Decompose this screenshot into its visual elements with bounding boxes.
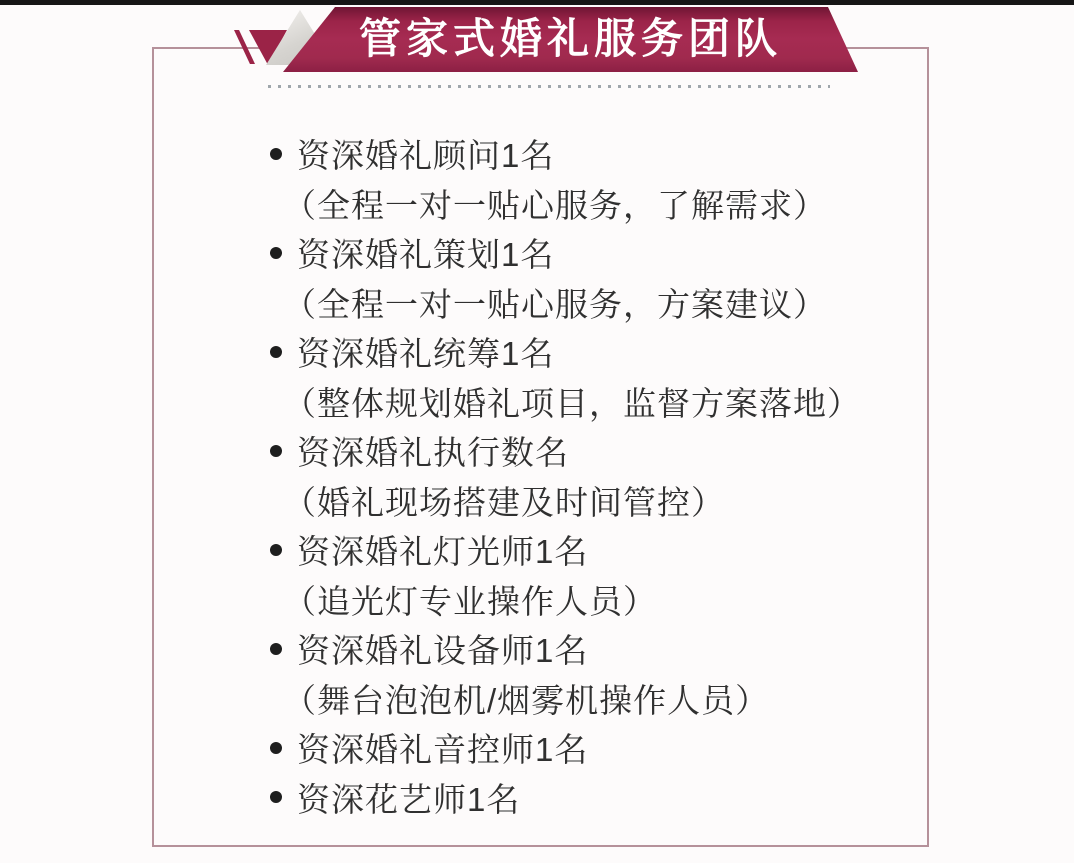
team-role: 资深花艺师1名	[297, 774, 520, 821]
team-note: （婚礼现场搭建及时间管控）	[283, 477, 725, 524]
bullet-icon	[270, 346, 282, 358]
team-note: （舞台泡泡机/烟雾机操作人员）	[283, 675, 769, 722]
bullet-icon	[270, 445, 282, 457]
list-item-note: （婚礼现场搭建及时间管控）	[270, 476, 910, 526]
dotted-divider	[268, 85, 830, 88]
team-role: 资深婚礼音控师1名	[297, 724, 588, 771]
team-note: （全程一对一贴心服务，了解需求）	[283, 180, 827, 227]
top-bar	[0, 0, 1074, 5]
list-item-note: （整体规划婚礼项目，监督方案落地）	[270, 377, 910, 427]
list-item: 资深婚礼统筹1名	[270, 327, 910, 377]
bullet-icon	[270, 148, 282, 160]
list-item-note: （追光灯专业操作人员）	[270, 575, 910, 625]
bullet-icon	[270, 544, 282, 556]
list-item-note: （舞台泡泡机/烟雾机操作人员）	[270, 674, 910, 724]
list-item: 资深婚礼策划1名	[270, 228, 910, 278]
bullet-icon	[270, 247, 282, 259]
list-item-note: （全程一对一贴心服务，方案建议）	[270, 278, 910, 328]
list-item: 资深婚礼顾问1名	[270, 129, 910, 179]
team-note: （全程一对一贴心服务，方案建议）	[283, 279, 827, 326]
list-item: 资深婚礼设备师1名	[270, 624, 910, 674]
team-note: （整体规划婚礼项目，监督方案落地）	[283, 378, 861, 425]
team-role: 资深婚礼灯光师1名	[297, 526, 588, 573]
team-role: 资深婚礼设备师1名	[297, 625, 588, 672]
team-list: 资深婚礼顾问1名 （全程一对一贴心服务，了解需求） 资深婚礼策划1名 （全程一对…	[270, 129, 910, 822]
team-role: 资深婚礼统筹1名	[297, 328, 554, 375]
bullet-icon	[270, 742, 282, 754]
page-title: 管家式婚礼服务团队	[359, 7, 782, 71]
team-role: 资深婚礼执行数名	[297, 427, 569, 474]
list-item: 资深婚礼音控师1名	[270, 723, 910, 773]
team-role: 资深婚礼策划1名	[297, 229, 554, 276]
bullet-icon	[270, 791, 282, 803]
list-item: 资深花艺师1名	[270, 773, 910, 823]
bullet-icon	[270, 643, 282, 655]
list-item: 资深婚礼灯光师1名	[270, 525, 910, 575]
team-role: 资深婚礼顾问1名	[297, 130, 554, 177]
list-item-note: （全程一对一贴心服务，了解需求）	[270, 179, 910, 229]
list-item: 资深婚礼执行数名	[270, 426, 910, 476]
team-note: （追光灯专业操作人员）	[283, 576, 657, 623]
title-banner: 管家式婚礼服务团队	[283, 7, 858, 72]
